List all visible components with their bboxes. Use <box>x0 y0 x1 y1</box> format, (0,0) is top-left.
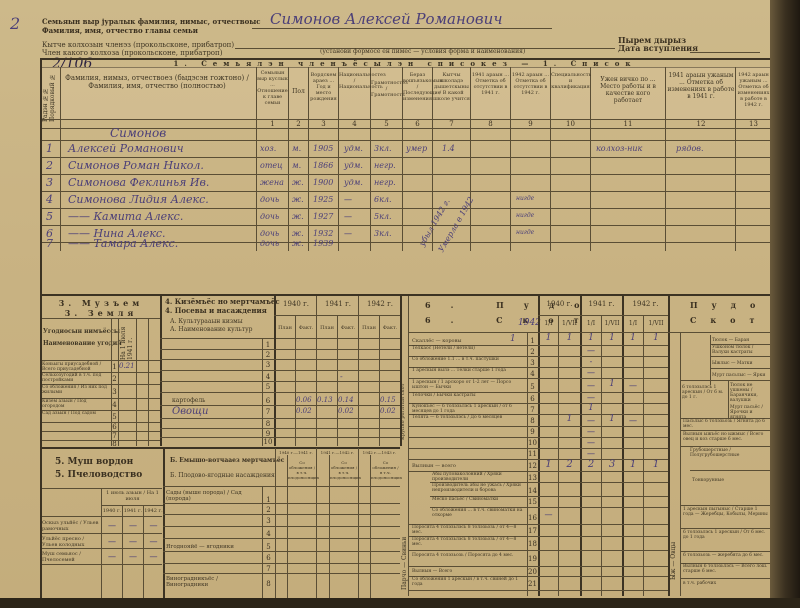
land-row-number: 2 <box>111 375 118 383</box>
plan-header: План <box>275 324 295 332</box>
date-jul: 1/VII <box>602 320 622 328</box>
section6-right-title-2: Скот <box>690 315 768 325</box>
livestock-value: — <box>581 381 601 390</box>
livestock-value: 1 <box>581 403 601 413</box>
member-col7: 1.4 <box>442 144 455 153</box>
orchard-sub: Со обложения / в т.ч. плодоносящих <box>330 460 358 480</box>
row-number: 2 <box>46 159 53 172</box>
crop-row-number: 10 <box>262 438 274 446</box>
orchard-row-number: 5 <box>262 543 275 551</box>
livestock-total: 2 <box>581 459 601 470</box>
table-row: 3 Симонова Феклинья Ив. жена ж. 1900 удм… <box>40 175 770 191</box>
crop-row-number: 8 <box>262 420 274 428</box>
col-num-4: 4 <box>339 120 370 128</box>
section4b-title-1: Б. Емышо-вотчааез мертчамъёс <box>170 457 284 464</box>
right-item: в т.ч. рабочих <box>683 580 716 588</box>
livestock-value: — <box>623 381 643 390</box>
col-header-2: Пол <box>289 88 308 96</box>
member-sex: м. <box>292 161 301 170</box>
section3-title-1: 3. Музъем <box>42 298 160 308</box>
crop-row-number: 3 <box>262 361 274 369</box>
livestock-row-number: 19 <box>527 555 538 563</box>
table-row: 2 Симонов Роман Никол. отец м. 1866 удм.… <box>40 158 770 174</box>
livestock-row-label: Вылнын — Всего <box>412 568 452 576</box>
col-header-1: Семьяын выр куслык ... Отношение к главе… <box>257 70 288 106</box>
member-work-1941: рядов. <box>676 144 704 153</box>
crop-row-number: 4 <box>262 373 274 381</box>
date-jan: 1/I <box>539 320 558 328</box>
col-num-6: 6 <box>403 120 432 128</box>
livestock-total: 1 <box>623 459 643 470</box>
section4-title-2: 4. Посевы и насаждения <box>165 306 267 315</box>
orchard-row-label: Ягоднояйё — ягодники <box>166 543 234 551</box>
livestock-value: - <box>581 357 601 366</box>
livestock-row-number: 16 <box>527 514 538 522</box>
livestock-row-label: Со обложения 1 арескын / в т.ч. свиней д… <box>412 577 526 587</box>
livestock-value: 1 <box>644 333 668 343</box>
col-num-10: 10 <box>551 120 590 128</box>
section4b-title-2: Б. Плодово-ягодные насаждения <box>170 472 275 480</box>
livestock-value: 1 <box>559 333 580 343</box>
right-item: Вылнын ыжъёс но ыжмыс / Всего овец и коз… <box>683 432 769 442</box>
orchard-row-label: Виноградникъёс / Виноградники <box>166 576 260 588</box>
table-row: 4 Симонова Лидия Алекс. дочь ж. 1925 — 6… <box>40 192 770 208</box>
right-item: Пасьлыс 6 толэзьозь / Ягнята до 6 мес. <box>683 419 769 429</box>
livestock-row-label: Тёлкаос (Нетели / нетели) <box>412 346 526 351</box>
col-header-11: Ужен вичко по ... Место работы и в качес… <box>592 76 664 104</box>
bee-value: — <box>144 537 163 546</box>
livestock-total: 1 <box>644 459 668 470</box>
bee-row-label: Ульйёс пресно / Ульев колодных <box>42 536 100 548</box>
section3-col-b: Наименование угодий <box>43 340 122 348</box>
livestock-row-number: 18 <box>527 540 538 548</box>
crop-value: 0.13 <box>317 396 333 404</box>
livestock-row-label: 1 арескын / 1 арскоро от 1-2 лет — Порсо… <box>412 380 526 390</box>
orchard-year: 1940 г.—1941 г. <box>276 449 316 457</box>
livestock-row-label: Со обложение 1.1 ... в т.ч. пастушки <box>412 357 526 362</box>
member-nationality: — <box>344 195 352 204</box>
land-row-label: Сад азьын / Под садом <box>42 411 110 416</box>
member-col6: умер <box>406 144 427 153</box>
fact-header: Факт. <box>380 324 400 332</box>
crop-year-1942: 1942 г. <box>360 300 400 308</box>
col-num-9: 9 <box>511 120 550 128</box>
col-header-3: Вордскем араез ... Год и место рождения <box>309 72 338 102</box>
member-relation: хоз. <box>260 144 276 153</box>
crop-year-1941: 1941 г. <box>318 300 358 308</box>
section3-title-2: 3. Земля <box>42 308 160 318</box>
orchard-row-number: 6 <box>262 554 275 562</box>
member-nationality: — <box>344 229 352 238</box>
bee-year: 1940 г. <box>102 507 122 515</box>
livestock-row-number: 7 <box>527 406 538 414</box>
livestock-value: — <box>581 346 601 355</box>
land-row-number: 3 <box>111 388 118 396</box>
date-jul: 1/VII <box>559 320 580 328</box>
member-birth-year: 1905 <box>313 144 333 153</box>
member-sex: ж. <box>292 212 304 221</box>
member-relation: дочь <box>260 212 279 221</box>
bee-value: — <box>123 537 143 546</box>
section6-right-title-1: Пудо <box>690 300 769 310</box>
orchard-row-number: 7 <box>262 565 275 573</box>
col-num-11: 11 <box>592 120 664 128</box>
row-number-header: Радэн №№ Порядковый № <box>42 70 56 122</box>
row-number: 3 <box>46 176 53 189</box>
col-header-7: Кытчы школадэ дышетскыны / В какой школе… <box>433 72 470 102</box>
family-head-label-1: Семьяын выр јуралык фамилия, нимыс, отче… <box>42 18 261 26</box>
section3-col-c: На 1 июля 1941 г. <box>120 322 134 360</box>
member-name: —— Камита Алекс. <box>68 210 183 223</box>
member-name: Симонова Лидия Алекс. <box>68 193 209 206</box>
land-row-number: 4 <box>111 401 118 409</box>
member-nationality: удм. <box>344 161 363 170</box>
orchard-row-label: Сады (выше порода) / Сад (порода) <box>166 490 260 502</box>
col-header-name: Фамилия, нимыз, отчествоез (быдэсэн гожт… <box>62 74 252 90</box>
date-jul: 1/VII <box>644 320 668 328</box>
land-row-label: Кизём азьын / Под огородом <box>42 399 110 409</box>
livestock-row-number: 2 <box>527 348 538 356</box>
section5-title-2: 5. Пчеловодство <box>55 470 142 480</box>
row-number: 4 <box>46 193 53 206</box>
livestock-value: — <box>581 416 601 425</box>
bee-year: 1941 г. <box>123 507 143 515</box>
col-num-12: 12 <box>667 120 735 128</box>
livestock-value: — <box>539 510 558 519</box>
right-item: Ушконом тюлок / Валухи кастраты <box>712 345 770 355</box>
table-row: 7 —— Тамара Алекс. дочь ж. 1939 <box>40 243 770 259</box>
member-birth-year: 1939 <box>313 239 333 248</box>
bee-value: — <box>144 552 163 561</box>
livestock-value: 1 <box>539 333 558 343</box>
section4-sub-a: А. Культурааын кизмы <box>170 318 243 326</box>
land-row-number: 1 <box>111 363 118 371</box>
member-nationality: удм. <box>344 144 363 153</box>
crop-value: 0.02 <box>338 407 354 415</box>
land-row-number: 7 <box>111 432 118 440</box>
livestock-row-number: 14 <box>527 487 538 495</box>
livestock-row-label: Телята — 6 толэзьлэсь / До 6 месяцев <box>412 415 526 420</box>
row-number: 1 <box>46 142 53 155</box>
section4-sub-b: А. Наименование культур <box>170 326 252 334</box>
livestock-value: 1 <box>602 379 622 389</box>
member-relation: дочь <box>260 195 279 204</box>
crop-value: 0.02 <box>380 407 396 415</box>
member-name: —— Тамара Алекс. <box>68 237 178 250</box>
row-number: 7 <box>46 237 53 250</box>
status-note: (установи формосе ен пимес — условия фор… <box>320 48 525 56</box>
section6-side-label: Крупно рогатый скот <box>400 300 406 440</box>
fact-header: Факт. <box>296 324 316 332</box>
bee-row-label: Муш семьяос / Пчелосемей <box>42 551 100 563</box>
member-col9: нигде <box>516 212 534 219</box>
col-header-10: Специальность и квалификация <box>551 72 590 90</box>
pigs-side-label: Парчо — Свиньи <box>401 480 408 590</box>
crop-row-number: 6 <box>262 397 274 405</box>
member-birth-year: 1900 <box>313 178 333 187</box>
livestock-row-number: 21 <box>527 580 538 588</box>
bee-value: — <box>102 537 122 546</box>
member-name: Алексей Романович <box>68 142 184 155</box>
crop-value: - <box>340 372 343 381</box>
corner-mark: 2 <box>10 14 20 33</box>
col-header-8: 1941 араын ... Отметка об отсутствии в 1… <box>471 72 510 96</box>
right-item: 6 толэзьлэсь 1 арескын / От 6 мес. до 1 … <box>683 530 769 540</box>
right-item: Тюлок не ушкемы / Баранчики, валушки <box>730 383 770 403</box>
orchard-year: 1941 г.—1942 г. <box>317 449 358 457</box>
livestock-row-label: Со обложения ... в т.ч. свиноматки на от… <box>432 508 526 518</box>
surname-row: Симонов <box>110 126 166 140</box>
col-num-3: 3 <box>309 120 338 128</box>
livestock-year-1941: 1941 г. <box>581 300 622 308</box>
member-literacy: негр. <box>374 161 396 170</box>
livestock-value: 1 <box>559 414 580 424</box>
orchard-row-number: 2 <box>262 506 275 514</box>
orchard-row-number: 4 <box>262 530 275 538</box>
right-item: 1 арескын пыгыныс / Старше 1 года — Жере… <box>683 507 769 517</box>
row-number: 5 <box>46 210 53 223</box>
member-literacy: 3кл. <box>374 229 392 238</box>
col-header-12: 1941 араын ужаным ... Отметка об изменен… <box>667 72 735 100</box>
crop-value: 0.15 <box>380 396 396 404</box>
livestock-pre-value: 1 <box>510 334 516 344</box>
crop-year-1940: 1940 г. <box>276 300 316 308</box>
bee-row-label: Оскыз ульйёс / Ульев рамочных <box>42 520 100 532</box>
livestock-row-number: 5 <box>527 383 538 391</box>
land-row-number: 5 <box>111 413 118 421</box>
crop-value: 0.14 <box>338 396 354 404</box>
book-binding <box>770 0 800 608</box>
family-head-label-2: Фамилия, имя, отчество главы семьи <box>42 27 198 35</box>
livestock-row-label: Поросята 4 толэзьлэсь 8 толэзьозь / от 4… <box>412 525 526 535</box>
livestock-row-number: 17 <box>527 527 538 535</box>
sheep-side-label: Ыж — Овцы <box>670 460 677 580</box>
member-workplace: колхоз-ник <box>596 144 642 153</box>
bee-value: — <box>102 521 122 530</box>
fact-header: Факт. <box>338 324 358 332</box>
livestock-row-number: 8 <box>527 417 538 425</box>
livestock-row-label: Поросята 4 толэзьлэсь 8 толэзьозь / от 4… <box>412 537 526 547</box>
orchard-year: 1942 г.—1943 г. <box>359 449 400 457</box>
plan-header: План <box>359 324 379 332</box>
livestock-row-label: Абы пуловаколонний / Хряки производители <box>432 472 526 482</box>
orchard-row-number: 3 <box>262 517 275 525</box>
col-num-7: 7 <box>433 120 470 128</box>
livestock-value: — <box>581 393 601 402</box>
livestock-row-number: 13 <box>527 474 538 482</box>
col-header-6: Бераз вошъязькомын / Последующие изменен… <box>403 72 432 102</box>
member-sex: ж. <box>292 178 304 187</box>
member-name: Симонова Феклинья Ив. <box>68 176 209 189</box>
livestock-row-label: Мёско пасьёс / Свиноматки <box>432 497 526 502</box>
orchard-sub: Со обложения / в т.ч. плодоносящих <box>371 460 400 480</box>
land-row-label: Сельхозугодий в т.ч. под постройками <box>42 373 110 383</box>
member-literacy: негр. <box>374 178 396 187</box>
land-row-label: Со обложения / Из них под жилыми <box>42 385 110 395</box>
col-header-5: Грамотностез / Грамотность <box>371 80 402 98</box>
member-relation: жена <box>260 178 284 187</box>
land-row-value: 0.21 <box>119 362 135 370</box>
livestock-value: — <box>581 438 601 447</box>
member-birth-year: 1866 <box>313 161 333 170</box>
member-sex: ж. <box>292 239 304 248</box>
member-col9: нигде <box>516 195 534 202</box>
page-bottom-edge <box>0 598 800 608</box>
crop-name: картофель <box>172 397 205 405</box>
right-item: Грубошерстные / Полугрубошерстные <box>690 448 770 458</box>
livestock-row-number: 11 <box>527 450 538 458</box>
member-col9: нигде <box>516 229 534 236</box>
member-sex: ж. <box>292 229 304 238</box>
col-header-4: Национальностез / Национальность <box>339 72 370 90</box>
livestock-row-label: Поросята 4 толэзьозь / Поросята до 4 мес… <box>412 553 526 558</box>
member-sex: м. <box>292 144 301 153</box>
member-birth-year: 1927 <box>313 212 333 221</box>
right-item: Ыжлыс — Матки <box>712 360 752 368</box>
livestock-row-label: Кунокъёс — 6 толэзьлэсь 1 арескын / от 6… <box>412 404 526 414</box>
date-jan: 1/I <box>581 320 601 328</box>
livestock-total: 2 <box>559 459 580 470</box>
livestock-row-number: 3 <box>527 359 538 367</box>
crop-name: Овощи <box>172 406 209 417</box>
livestock-row-number: 6 <box>527 395 538 403</box>
livestock-row-label: 1 арескын вылэ ... Тёлки старше 1 года <box>412 368 526 373</box>
livestock-total: 3 <box>602 459 622 470</box>
livestock-value: 1 <box>623 333 643 343</box>
livestock-row-number: 12 <box>527 462 538 470</box>
livestock-row-number: 1 <box>527 337 538 345</box>
member-birth-year: 1925 <box>313 195 333 204</box>
bee-value: — <box>123 552 143 561</box>
member-nationality: удм. <box>344 178 363 187</box>
crop-row-number: 5 <box>262 383 274 391</box>
col-header-13: 1942 араын ужаным ... Отметка об изменен… <box>737 72 770 108</box>
bee-value: — <box>144 521 163 530</box>
table-row: 5 —— Камита Алекс. дочь ж. 1927 — 5кл. н… <box>40 209 770 225</box>
livestock-row-label: Скаллёс — коровы <box>412 337 461 345</box>
section3-col-a: Угодиосын нимъёссы <box>43 328 120 336</box>
member-sex: ж. <box>292 195 304 204</box>
col-num-5: 5 <box>371 120 402 128</box>
land-row-label: Коньыгы приусадебной / Всего приусадебно… <box>42 362 110 372</box>
livestock-year-1940: 1940 г. <box>539 300 580 308</box>
livestock-value: 1 <box>602 333 622 343</box>
livestock-year-1942: 1942 г. <box>623 300 668 308</box>
bee-year: 1942 г. <box>144 507 163 515</box>
orchard-row-number: 8 <box>262 580 275 588</box>
family-head-value: Симонов Алексей Романович <box>270 10 503 28</box>
livestock-value: 1 <box>602 414 622 424</box>
right-item: Тонкорунные <box>692 477 724 485</box>
right-item: Мурт пасьлыс — Ярки <box>712 372 765 380</box>
livestock-row-number: 15 <box>527 498 538 506</box>
right-item: 6 толэзьозь — жеребята до 6 мес. <box>683 553 769 558</box>
livestock-row-label: Производитель абы не ужась / Хряки непро… <box>432 483 526 493</box>
table-row: 1 Алексей Романович хоз. м. 1905 удм. 3к… <box>40 141 770 157</box>
section4-title-1: 4. Кизёмъёс но мертчамъёс <box>165 297 280 306</box>
member-relation: дочь <box>260 229 279 238</box>
right-label-2: Дата вступления <box>618 44 698 52</box>
bee-value: — <box>102 552 122 561</box>
member-literacy: 6кл. <box>374 195 392 204</box>
livestock-row-number: 20 <box>527 568 538 576</box>
member-birth-year: 1932 <box>313 229 333 238</box>
livestock-value: — <box>581 368 601 377</box>
section5-col-head: 1 июль азьын / На 1 июля <box>102 490 163 502</box>
member-name: Симонов Роман Никол. <box>68 159 204 172</box>
col-num-1: 1 <box>257 120 288 128</box>
bee-value: — <box>123 521 143 530</box>
livestock-row-number: 4 <box>527 370 538 378</box>
member-nationality: — <box>344 212 352 221</box>
member-label-1: Кытче колхозын членэз (прокольсконе, при… <box>42 41 234 49</box>
livestock-value: — <box>623 416 643 425</box>
date-jan: 1/I <box>623 320 643 328</box>
livestock-value: 1 <box>581 333 601 343</box>
crop-row-number: 2 <box>262 351 274 359</box>
livestock-row-label: Вылнын — всего <box>412 462 456 470</box>
right-item: 6 толэзьлэсь 1 арескын / От 6 м. до 1 г. <box>682 385 728 400</box>
livestock-row-number: 9 <box>527 428 538 436</box>
section5-title-1: 5. Муш вордон <box>55 457 133 467</box>
livestock-value: — <box>581 427 601 436</box>
right-item: Вылнын 6 толэзьлэсь — Всего лош. старше … <box>683 564 769 574</box>
crop-row-number: 7 <box>262 408 274 416</box>
livestock-row-label: Тёлочки / Бычки кастраты <box>412 393 526 398</box>
member-literacy: 3кл. <box>374 144 392 153</box>
member-relation: отец <box>260 161 283 170</box>
livestock-row-number: 10 <box>527 439 538 447</box>
livestock-value: — <box>581 449 601 458</box>
census-form-page: 2 Семьяын выр јуралык фамилия, нимыс, от… <box>0 0 782 600</box>
land-row-number: 6 <box>111 423 118 431</box>
col-num-13: 13 <box>737 120 770 128</box>
crop-value: 0.02 <box>296 407 312 415</box>
col-header-9: 1942 араын ... Отметка об отсутствии в 1… <box>511 72 550 96</box>
orchard-sub: Со обложения / в т.ч. плодоносящих <box>288 460 316 480</box>
member-literacy: 5кл. <box>374 212 392 221</box>
crop-value: 0.06 <box>296 396 312 404</box>
plan-header: План <box>317 324 337 332</box>
col-num-2: 2 <box>289 120 308 128</box>
member-relation: дочь <box>260 239 279 248</box>
col-num-8: 8 <box>471 120 510 128</box>
crop-row-number: 1 <box>262 341 274 349</box>
livestock-total: 1 <box>539 459 558 470</box>
